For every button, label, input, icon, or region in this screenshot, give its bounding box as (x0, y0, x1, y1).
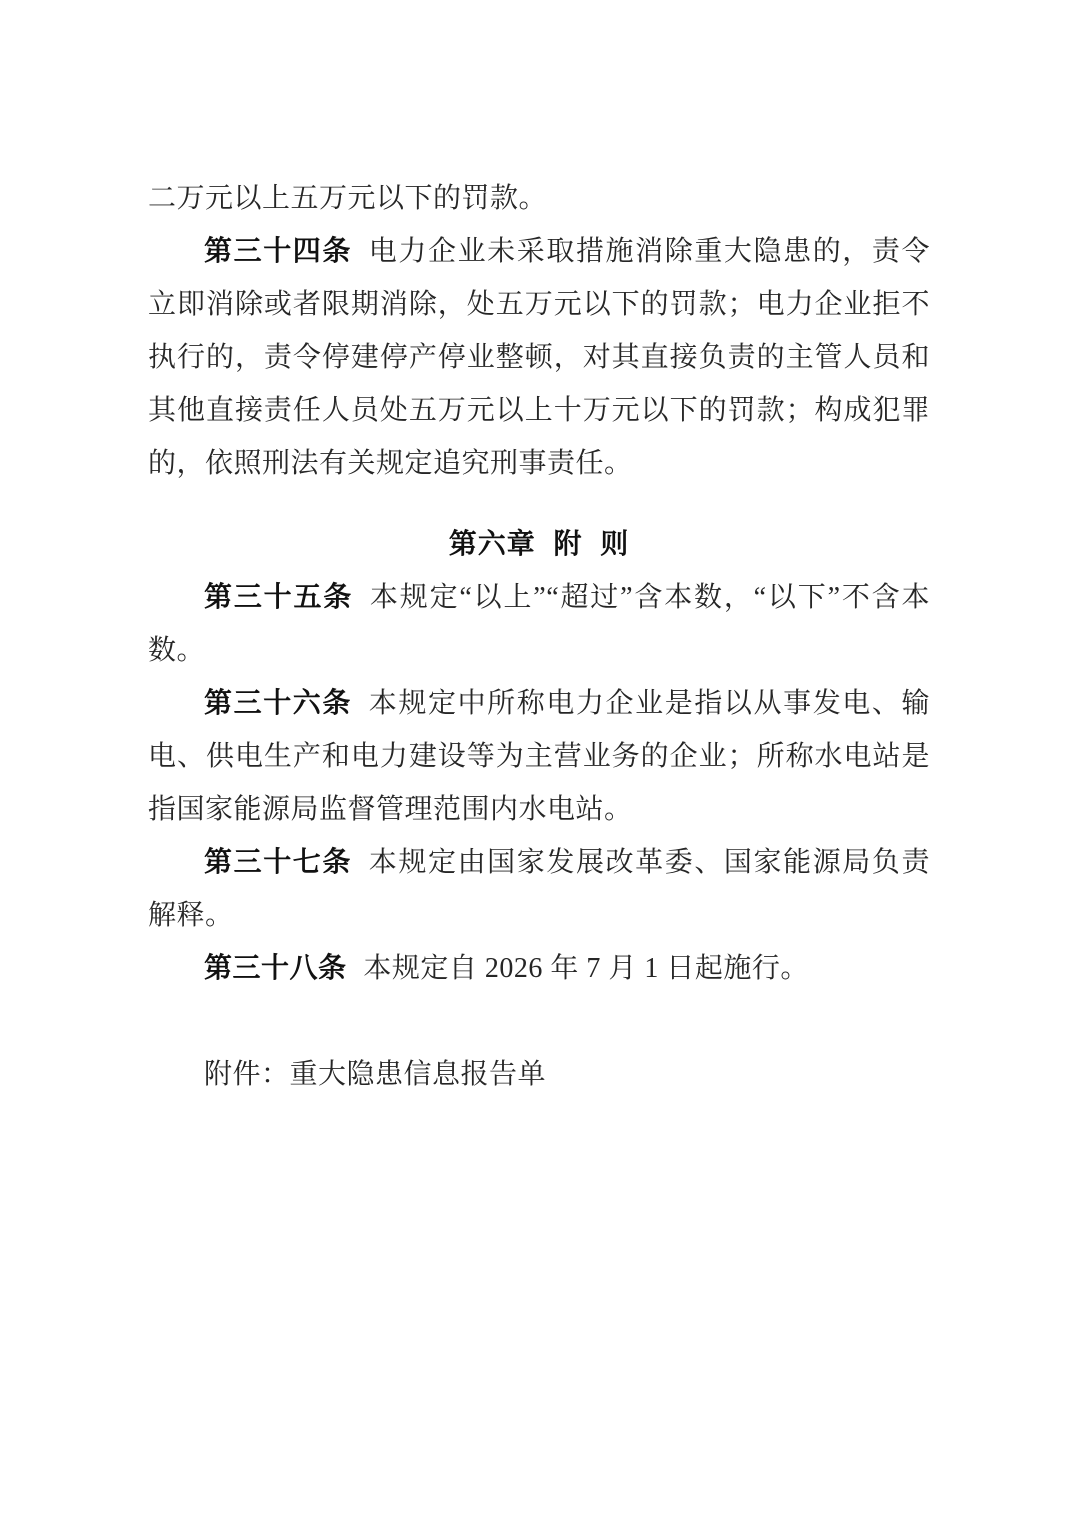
article-38: 第三十八条本规定自 2026 年 7 月 1 日起施行。 (148, 942, 930, 995)
article-37: 第三十七条本规定由国家发展改革委、国家能源局负责解释。 (148, 836, 930, 942)
attachment-line: 附件：重大隐患信息报告单 (148, 1048, 930, 1101)
article-38-label: 第三十八条 (204, 953, 347, 984)
article-36: 第三十六条本规定中所称电力企业是指以从事发电、输电、供电生产和电力建设等为主营业… (148, 677, 930, 836)
article-34-label: 第三十四条 (204, 236, 352, 267)
article-34: 第三十四条电力企业未采取措施消除重大隐患的，责令立即消除或者限期消除，处五万元以… (148, 225, 930, 490)
document-page: 二万元以上五万元以下的罚款。 第三十四条电力企业未采取措施消除重大隐患的，责令立… (0, 0, 1080, 1527)
article-35: 第三十五条本规定“以上”“超过”含本数，“以下”不含本数。 (148, 571, 930, 677)
article-37-label: 第三十七条 (204, 847, 352, 878)
article-38-text: 本规定自 2026 年 7 月 1 日起施行。 (363, 953, 809, 984)
article-35-label: 第三十五条 (204, 582, 353, 613)
article-34-text: 电力企业未采取措施消除重大隐患的，责令立即消除或者限期消除，处五万元以下的罚款；… (148, 236, 930, 479)
chapter-6-heading: 第六章 附 则 (148, 518, 930, 571)
paragraph-continuation: 二万元以上五万元以下的罚款。 (148, 172, 930, 225)
article-36-label: 第三十六条 (204, 688, 352, 719)
